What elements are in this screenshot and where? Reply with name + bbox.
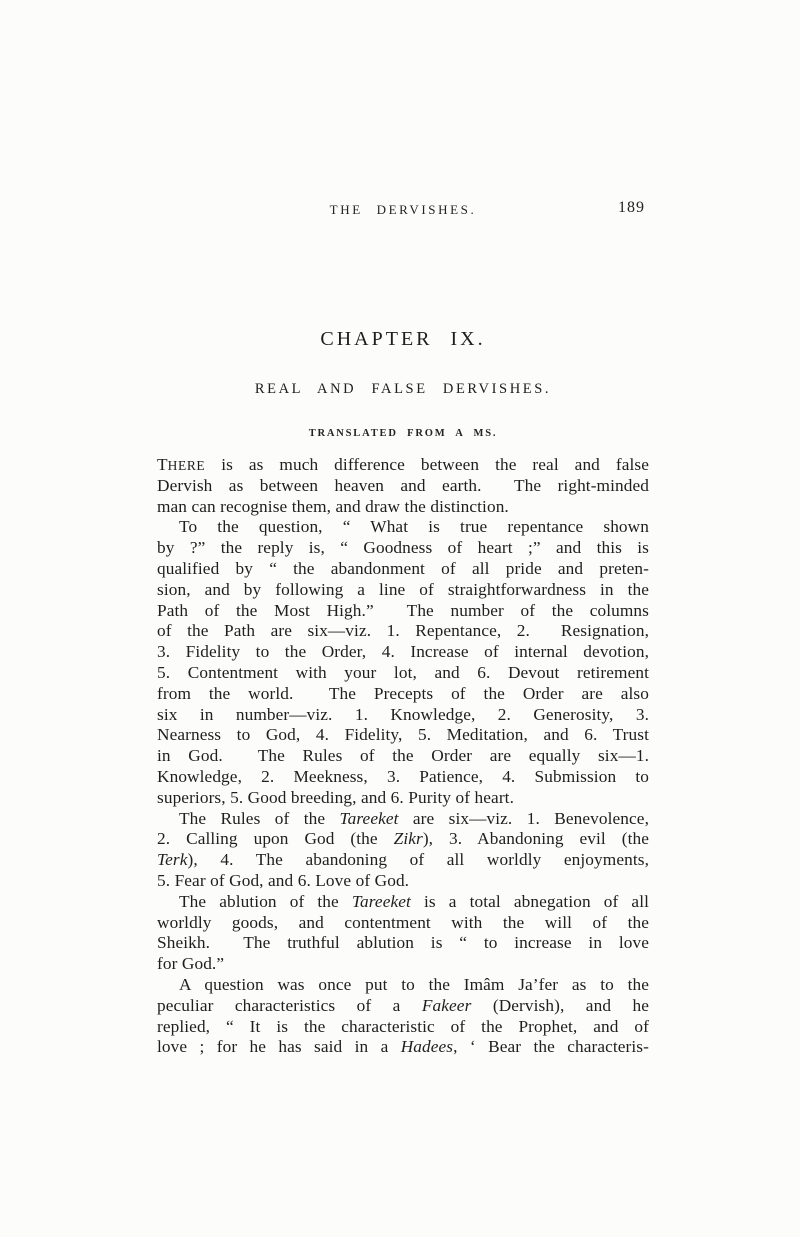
text-segment: qualified by “ the abandonment of all pr…: [157, 559, 649, 578]
text-segment: by ?” the reply is, “ Goodness of heart …: [157, 538, 649, 557]
paragraph: To the question, “ What is true repentan…: [157, 517, 649, 808]
text-segment: superiors, 5. Good breeding, and 6. Puri…: [157, 788, 514, 807]
text-segment: Path of the Most High.” The number of th…: [157, 601, 649, 620]
text-segment: from the world. The Precepts of the Orde…: [157, 684, 649, 703]
text-segment: sion, and by following a line of straigh…: [157, 580, 649, 599]
text-segment: 3. Fidelity to the Order, 4. Increase of…: [157, 642, 649, 661]
text-line: To the question, “ What is true repentan…: [157, 517, 649, 538]
text-line: Sheikh. The truthful ablution is “ to in…: [157, 933, 649, 954]
text-segment: man can recognise them, and draw the dis…: [157, 497, 509, 516]
text-segment: replied, “ It is the characteristic of t…: [157, 1017, 649, 1036]
italic-term: Hadees: [401, 1037, 453, 1056]
text-segment: worldly goods, and contentment with the …: [157, 913, 649, 932]
text-line: love ; for he has said in a Hadees, ‘ Be…: [157, 1037, 649, 1058]
text-segment: ), 4. The abandoning of all worldly enjo…: [188, 850, 650, 869]
text-line: man can recognise them, and draw the dis…: [157, 497, 649, 518]
text-segment: peculiar characteristics of a: [157, 996, 422, 1015]
page-number: 189: [157, 199, 645, 217]
paragraph: The ablution of the Tareeket is a total …: [157, 892, 649, 975]
text-line: replied, “ It is the characteristic of t…: [157, 1017, 649, 1038]
text-segment: HERE: [168, 458, 206, 473]
text-line: 3. Fidelity to the Order, 4. Increase of…: [157, 642, 649, 663]
text-line: from the world. The Precepts of the Orde…: [157, 684, 649, 705]
text-segment: , ‘ Bear the characteris-: [453, 1037, 649, 1056]
paragraph: The Rules of the Tareeket are six—viz. 1…: [157, 809, 649, 892]
text-segment: are six—viz. 1. Benevolence,: [399, 809, 649, 828]
book-page: THE DERVISHES. 189 CHAPTER IX. REAL AND …: [0, 0, 800, 1237]
text-line: in God. The Rules of the Order are equal…: [157, 746, 649, 767]
text-line: 5. Fear of God, and 6. Love of God.: [157, 871, 649, 892]
text-segment: is a total abnegation of all: [411, 892, 649, 911]
text-line: Terk), 4. The abandoning of all worldly …: [157, 850, 649, 871]
text-line: six in number—viz. 1. Knowledge, 2. Gene…: [157, 705, 649, 726]
text-line: 2. Calling upon God (the Zikr), 3. Aband…: [157, 829, 649, 850]
text-line: worldly goods, and contentment with the …: [157, 913, 649, 934]
italic-term: Tareeket: [352, 892, 411, 911]
text-segment: is as much difference between the real a…: [205, 455, 649, 474]
text-line: THERE is as much difference between the …: [157, 455, 649, 476]
text-line: by ?” the reply is, “ Goodness of heart …: [157, 538, 649, 559]
body-text: THERE is as much difference between the …: [157, 455, 649, 1058]
text-line: The Rules of the Tareeket are six—viz. 1…: [157, 809, 649, 830]
text-line: qualified by “ the abandonment of all pr…: [157, 559, 649, 580]
text-line: Dervish as between heaven and earth. The…: [157, 476, 649, 497]
text-segment: Dervish as between heaven and earth. The…: [157, 476, 649, 495]
text-line: Knowledge, 2. Meekness, 3. Patience, 4. …: [157, 767, 649, 788]
text-segment: 2. Calling upon God (the: [157, 829, 394, 848]
text-segment: The ablution of the: [179, 892, 352, 911]
text-segment: 5. Contentment with your lot, and 6. Dev…: [157, 663, 649, 682]
text-line: 5. Contentment with your lot, and 6. Dev…: [157, 663, 649, 684]
paragraph: A question was once put to the Imâm Ja’f…: [157, 975, 649, 1058]
text-segment: (Dervish), and he: [471, 996, 649, 1015]
text-segment: in God. The Rules of the Order are equal…: [157, 746, 649, 765]
paragraph: THERE is as much difference between the …: [157, 455, 649, 517]
text-segment: of the Path are six—viz. 1. Repentance, …: [157, 621, 649, 640]
text-segment: To the question, “ What is true repentan…: [179, 517, 649, 536]
source-note: TRANSLATED FROM A MS.: [157, 428, 649, 439]
text-segment: A question was once put to the Imâm Ja’f…: [179, 975, 649, 994]
text-segment: Nearness to God, 4. Fidelity, 5. Meditat…: [157, 725, 649, 744]
italic-term: Zikr: [394, 829, 423, 848]
text-line: Path of the Most High.” The number of th…: [157, 601, 649, 622]
text-segment: 5. Fear of God, and 6. Love of God.: [157, 871, 409, 890]
italic-term: Tareeket: [340, 809, 399, 828]
text-segment: six in number—viz. 1. Knowledge, 2. Gene…: [157, 705, 649, 724]
text-segment: love ; for he has said in a: [157, 1037, 401, 1056]
italic-term: Fakeer: [422, 996, 472, 1015]
text-line: The ablution of the Tareeket is a total …: [157, 892, 649, 913]
text-line: peculiar characteristics of a Fakeer (De…: [157, 996, 649, 1017]
text-segment: Sheikh. The truthful ablution is “ to in…: [157, 933, 649, 952]
text-line: superiors, 5. Good breeding, and 6. Puri…: [157, 788, 649, 809]
chapter-heading: CHAPTER IX.: [157, 328, 649, 351]
text-segment: ), 3. Abandoning evil (the: [423, 829, 649, 848]
italic-term: Terk: [157, 850, 188, 869]
chapter-subtitle: REAL AND FALSE DERVISHES.: [157, 381, 649, 398]
text-line: Nearness to God, 4. Fidelity, 5. Meditat…: [157, 725, 649, 746]
text-segment: Knowledge, 2. Meekness, 3. Patience, 4. …: [157, 767, 649, 786]
text-line: sion, and by following a line of straigh…: [157, 580, 649, 601]
text-segment: The Rules of the: [179, 809, 340, 828]
text-line: A question was once put to the Imâm Ja’f…: [157, 975, 649, 996]
text-line: for God.”: [157, 954, 649, 975]
text-segment: for God.”: [157, 954, 224, 973]
text-line: of the Path are six—viz. 1. Repentance, …: [157, 621, 649, 642]
text-segment: T: [157, 455, 168, 474]
